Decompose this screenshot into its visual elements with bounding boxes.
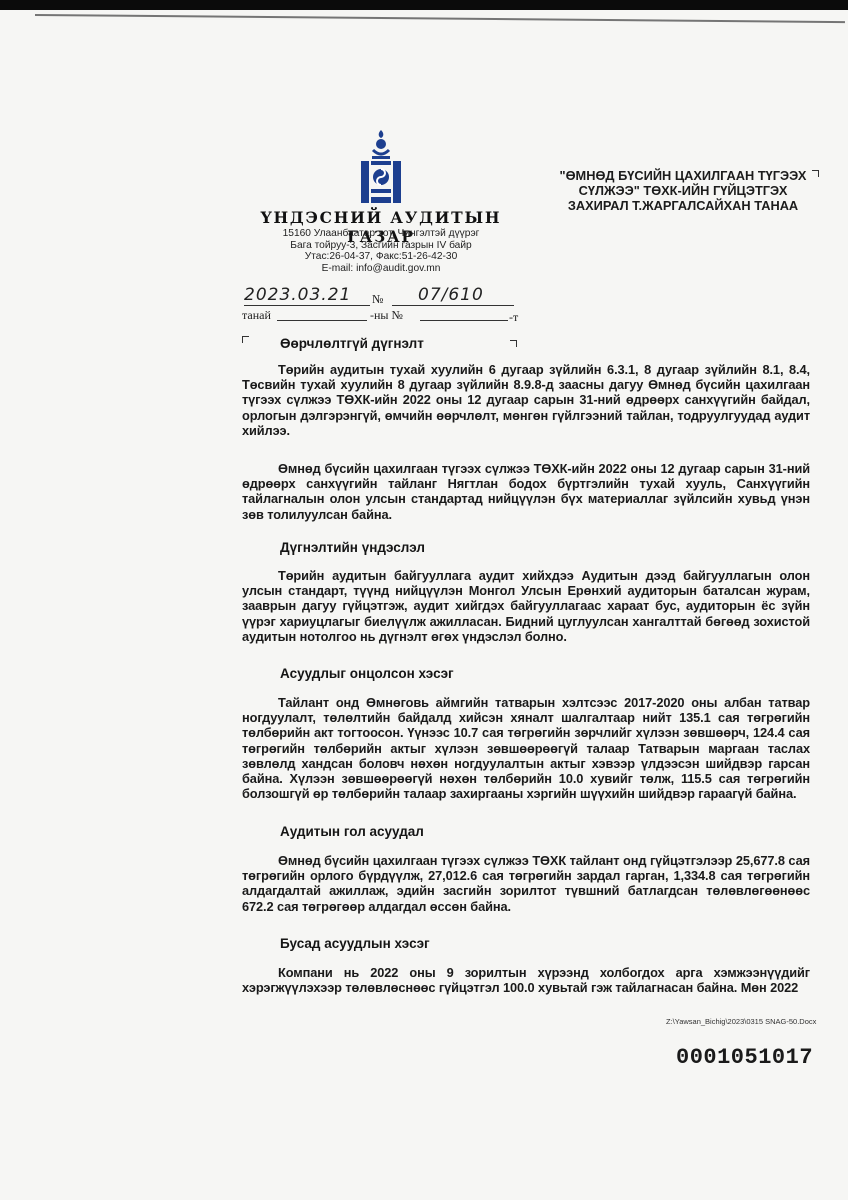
scan-edge: [0, 0, 848, 10]
phone-fax: Утас:26-04-37, Факс:51-26-42-30: [246, 251, 516, 263]
section-heading: Өөрчлөлтгүй дүгнэлт: [280, 336, 424, 351]
organization-address: 15160 Улаанбаатар хот, Чингэлтэй дүүрэг …: [246, 228, 516, 274]
letter-date: 2023.03.21: [244, 285, 370, 306]
recipient-line: "ӨМНӨД БҮСИЙН ЦАХИЛГААН ТҮГЭЭХ: [548, 168, 818, 183]
corner-mark: [510, 340, 517, 347]
file-path: Z:\Yawsan_Bichig\2023\0315 SNAG-50.Docx: [666, 1017, 816, 1026]
corner-mark: [242, 336, 249, 343]
recipient-line: СҮЛЖЭЭ" ТӨХК-ИЙН ГҮЙЦЭТГЭХ: [548, 183, 818, 198]
serial-number: 0001051017: [676, 1045, 813, 1070]
section-heading: Бусад асуудлын хэсэг: [280, 936, 430, 951]
letter-number: 07/610: [392, 285, 514, 306]
email: E-mail: info@audit.gov.mn: [246, 263, 516, 275]
address-line: 15160 Улаанбаатар хот, Чингэлтэй дүүрэг: [246, 228, 516, 240]
recipient-line: ЗАХИРАЛ Т.ЖАРГАЛСАЙХАН ТАНАА: [548, 198, 818, 213]
paragraph: Өмнөд бүсийн цахилгаан түгээх сүлжээ ТӨХ…: [242, 853, 810, 914]
section-heading: Аудитын гол асуудал: [280, 824, 424, 839]
address-line: Бага тойруу-3, Засгийн газрын IV байр: [246, 240, 516, 252]
suffix-label: -т: [509, 310, 518, 325]
corner-mark: [812, 170, 819, 177]
your-date-blank: [277, 320, 367, 321]
section-heading: Асуудлыг онцолсон хэсэг: [280, 666, 454, 681]
document-page: ҮНДЭСНИЙ АУДИТЫН ГАЗАР 15160 Улаанбаатар…: [0, 0, 848, 1200]
number-label: №: [372, 292, 383, 307]
your-number-label: -ны №: [370, 308, 403, 323]
section-heading: Дүгнэлтийн үндэслэл: [280, 540, 425, 555]
paragraph: Төрийн аудитын байгууллага аудит хийхдээ…: [242, 568, 810, 644]
scan-line: [35, 14, 845, 23]
your-label: танай: [242, 308, 271, 323]
paragraph: Тайлант онд Өмнөговь аймгийн татварын хэ…: [242, 695, 810, 801]
paragraph: Өмнөд бүсийн цахилгаан түгээх сүлжээ ТӨХ…: [242, 461, 810, 522]
paragraph: Компани нь 2022 оны 9 зорилтын хүрээнд х…: [242, 965, 810, 995]
paragraph: Төрийн аудитын тухай хуулийн 6 дугаар зү…: [242, 362, 810, 438]
recipient-block: "ӨМНӨД БҮСИЙН ЦАХИЛГААН ТҮГЭЭХ СҮЛЖЭЭ" Т…: [548, 168, 818, 213]
your-number-blank: [420, 320, 508, 321]
soyombo-emblem-icon: [359, 128, 403, 208]
